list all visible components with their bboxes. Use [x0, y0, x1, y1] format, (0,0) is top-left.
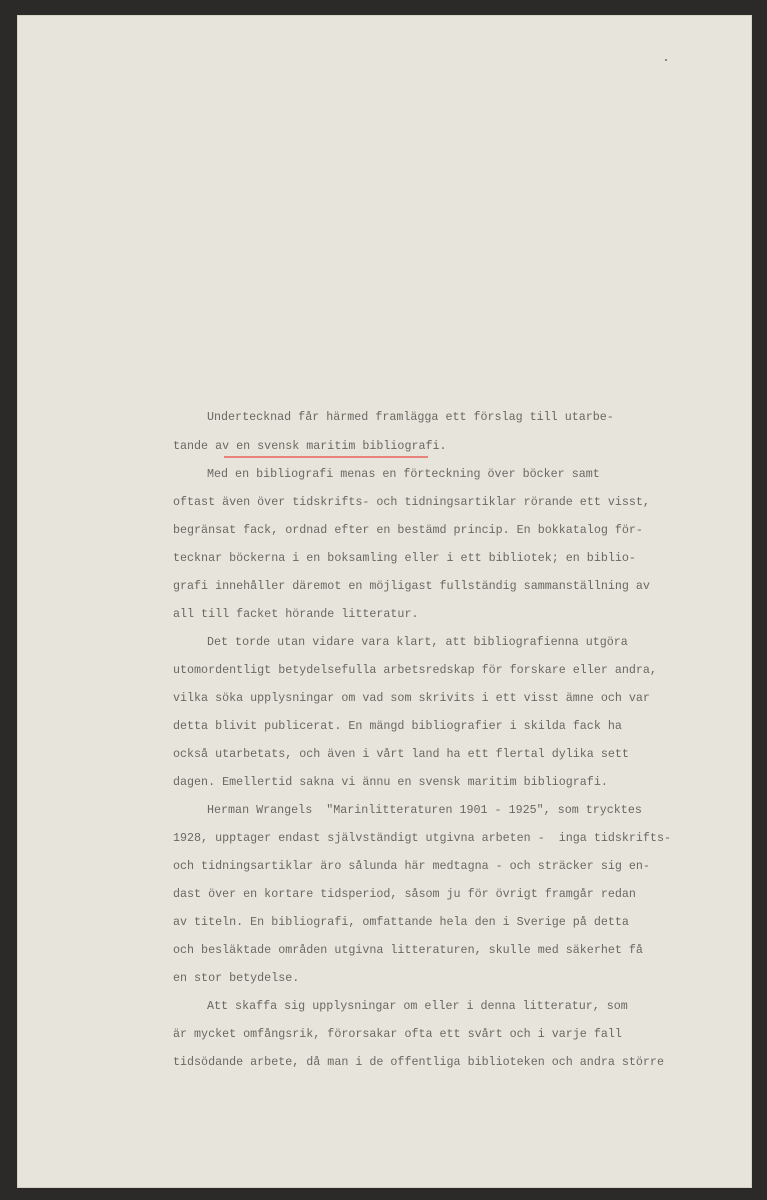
text-line: och tidningsartiklar äro sålunda här med… — [173, 858, 650, 874]
text-line: dast över en kortare tidsperiod, såsom j… — [173, 886, 636, 902]
document-page: Undertecknad får härmed framlägga ett fö… — [17, 15, 752, 1188]
text-line: begränsat fack, ordnad efter en bestämd … — [173, 522, 643, 538]
text-line: är mycket omfångsrik, förorsakar ofta et… — [173, 1026, 622, 1042]
red-underline — [224, 456, 428, 458]
text-line: tidsödande arbete, då man i de offentlig… — [173, 1054, 664, 1070]
text-line: tecknar böckerna i en boksamling eller i… — [173, 550, 636, 566]
paper-speck — [665, 59, 667, 61]
text-line: utomordentligt betydelsefulla arbetsreds… — [173, 662, 657, 678]
text-line: Att skaffa sig upplysningar om eller i d… — [207, 998, 628, 1014]
text-line: vilka söka upplysningar om vad som skriv… — [173, 690, 650, 706]
text-line: 1928, upptager endast självständigt utgi… — [173, 830, 671, 846]
text-line: Herman Wrangels "Marinlitteraturen 1901 … — [207, 802, 642, 818]
text-line: och besläktade områden utgivna litteratu… — [173, 942, 643, 958]
text-line: en stor betydelse. — [173, 970, 299, 986]
text-line: Undertecknad får härmed framlägga ett fö… — [207, 409, 614, 425]
text-line: dagen. Emellertid sakna vi ännu en svens… — [173, 774, 608, 790]
text-line: all till facket hörande litteratur. — [173, 606, 418, 622]
text-line: grafi innehåller däremot en möjligast fu… — [173, 578, 650, 594]
text-line: Med en bibliografi menas en förteckning … — [207, 466, 600, 482]
text-line: Det torde utan vidare vara klart, att bi… — [207, 634, 628, 650]
text-line: tande av en svensk maritim bibliografi. — [173, 438, 447, 454]
text-line: oftast även över tidskrifts- och tidning… — [173, 494, 650, 510]
text-line: detta blivit publicerat. En mängd biblio… — [173, 718, 622, 734]
text-line: av titeln. En bibliografi, omfattande he… — [173, 914, 629, 930]
text-line: också utarbetats, och även i vårt land h… — [173, 746, 629, 762]
